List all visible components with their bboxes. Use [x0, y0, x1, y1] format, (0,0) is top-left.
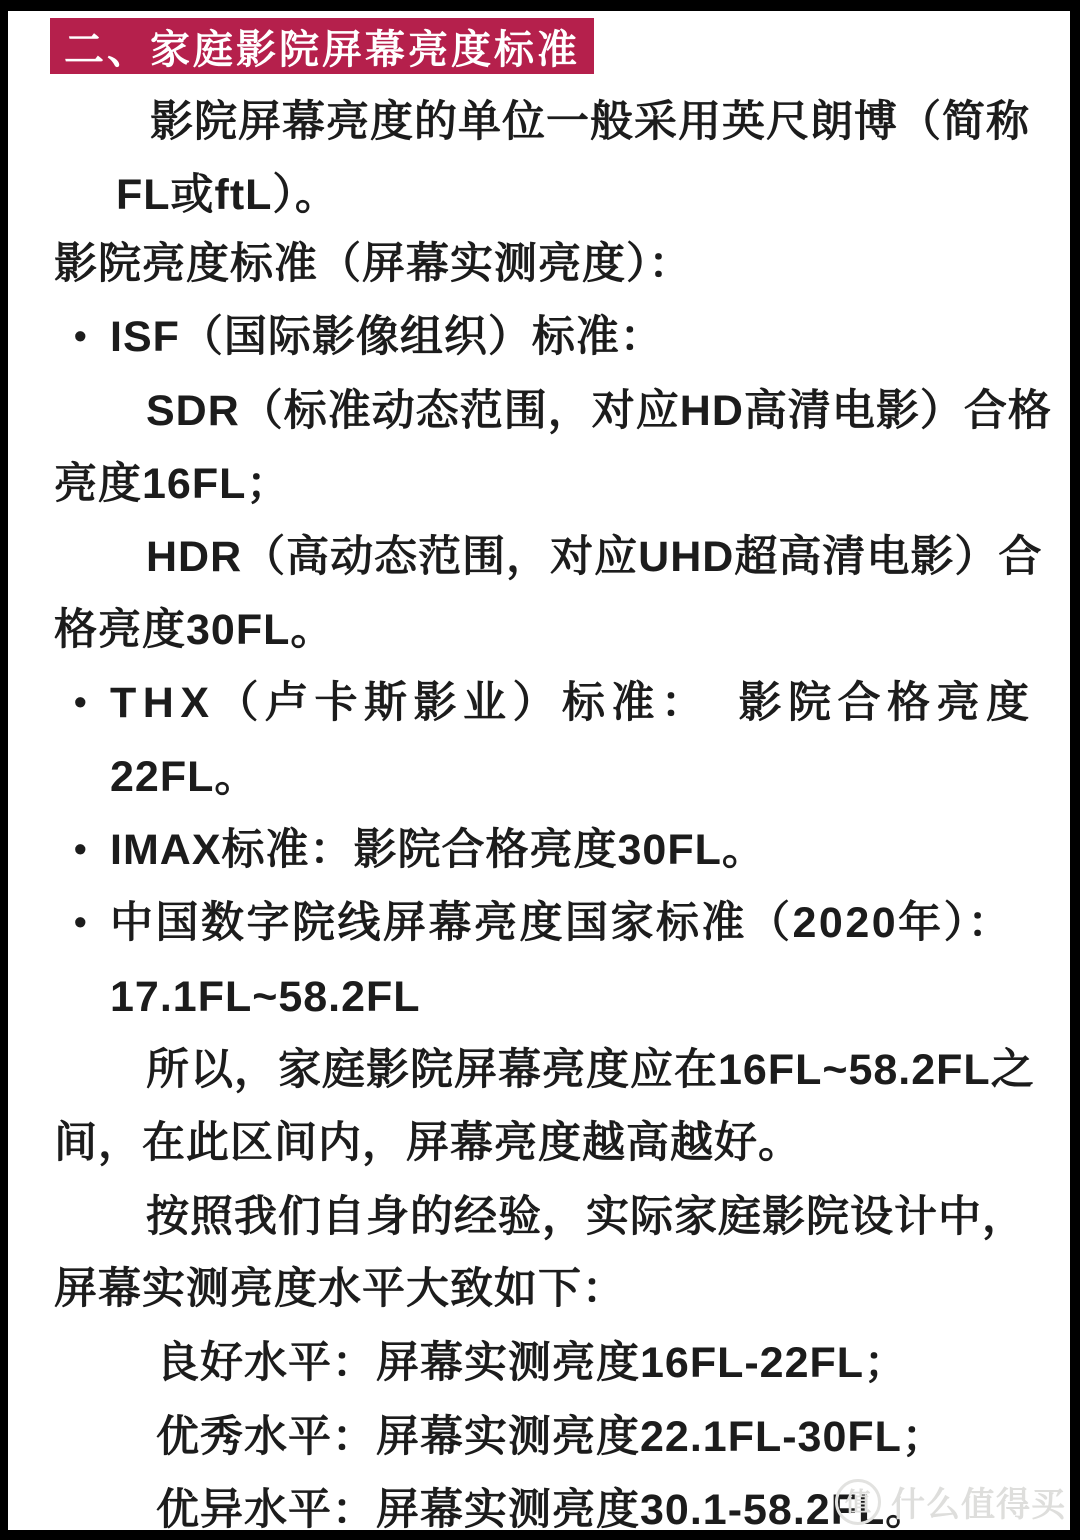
bullet-icon: • [74, 681, 94, 723]
isf-hdr-line-1: HDR（高动态范围，对应UHD超高清电影）合 [146, 532, 1042, 583]
article-page: 二、家庭影院屏幕亮度标准 影院屏幕亮度的单位一般采用英尺朗博（简称 FL或ftL… [0, 0, 1080, 1540]
conclusion-line-2: 间，在此区间内，屏幕亮度越高越好。 [54, 1118, 802, 1169]
section-title: 二、家庭影院屏幕亮度标准 [50, 18, 594, 74]
isf-item: •ISF（国际影像组织）标准： [74, 312, 664, 363]
isf-title: ISF（国际影像组织）标准： [110, 313, 664, 361]
china-standard-line-1: 中国数字院线屏幕亮度国家标准（2020年）： [110, 899, 1013, 947]
isf-sdr-line-2: 亮度16FL； [54, 459, 290, 510]
isf-hdr-line-2: 格亮度30FL。 [54, 605, 334, 656]
bullet-icon: • [74, 828, 94, 870]
watermark-text: 什么值得买 [891, 1477, 1066, 1526]
china-standard-item: •中国数字院线屏幕亮度国家标准（2020年）： [74, 898, 1013, 949]
experience-line-1: 按照我们自身的经验，实际家庭影院设计中， [146, 1192, 1026, 1243]
imax-line-1: IMAX标准：影院合格亮度30FL。 [110, 826, 766, 874]
isf-sdr-line-1: SDR（标准动态范围，对应HD高清电影）合格 [146, 386, 1052, 437]
thx-item: •THX（卢卡斯影业）标准： 影院合格亮度 [74, 678, 1036, 729]
level-good: 良好水平：屏幕实测亮度16FL-22FL； [156, 1338, 908, 1389]
thx-line-1: THX（卢卡斯影业）标准： 影院合格亮度 [110, 679, 1036, 727]
level-outstanding: 优异水平：屏幕实测亮度30.1-58.2FL。 [156, 1485, 929, 1536]
level-excellent: 优秀水平：屏幕实测亮度22.1FL-30FL； [156, 1412, 946, 1463]
thx-line-2: 22FL。 [110, 752, 258, 803]
china-standard-line-2: 17.1FL~58.2FL [110, 972, 421, 1023]
watermark-logo-icon: 值 [835, 1479, 881, 1525]
conclusion-line-1: 所以，家庭影院屏幕亮度应在16FL~58.2FL之 [146, 1045, 1035, 1096]
bullet-icon: • [74, 315, 94, 357]
standards-label: 影院亮度标准（屏幕实测亮度）： [54, 239, 693, 290]
watermark: 值 什么值得买 [835, 1477, 1066, 1526]
intro-line-1: 影院屏幕亮度的单位一般采用英尺朗博（简称 [150, 97, 1030, 148]
imax-item: •IMAX标准：影院合格亮度30FL。 [74, 825, 766, 876]
section-title-text: 二、家庭影院屏幕亮度标准 [64, 18, 580, 75]
experience-line-2: 屏幕实测亮度水平大致如下： [54, 1264, 626, 1315]
bullet-icon: • [74, 901, 94, 943]
intro-line-2: FL或ftL）。 [116, 170, 339, 221]
